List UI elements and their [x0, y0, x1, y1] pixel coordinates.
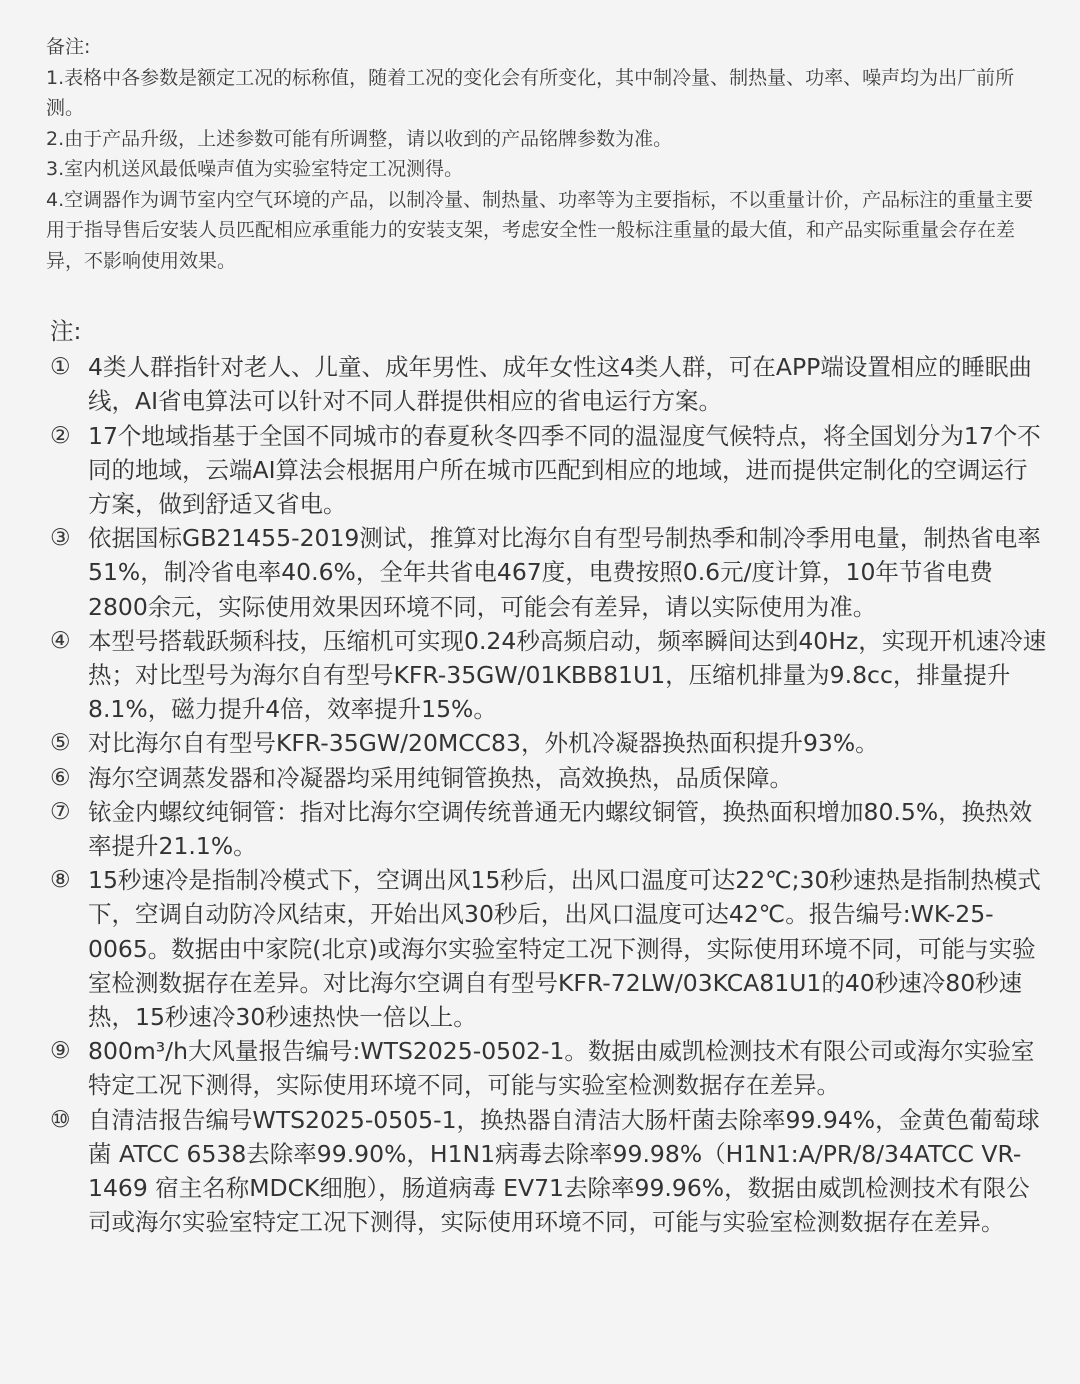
note-item-4: ④ 本型号搭载跃频科技，压缩机可实现0.24秒高频启动，频率瞬间达到40Hz，实…	[50, 624, 1050, 727]
notes-heading: 注:	[50, 314, 1050, 348]
circled-number-4-icon: ④	[50, 624, 88, 658]
note-item-9: ⑨ 800m³/h大风量报告编号:WTS2025-0502-1。数据由威凯检测技…	[50, 1034, 1050, 1102]
notes-section: 注: ① 4类人群指针对老人、儿童、成年男性、成年女性这4类人群，可在APP端设…	[50, 314, 1050, 1239]
remark-item-1: 1.表格中各参数是额定工况的标称值，随着工况的变化会有所变化，其中制冷量、制热量…	[46, 63, 1046, 124]
note-text-3: 依据国标GB21455-2019测试，推算对比海尔自有型号制热季和制冷季用电量，…	[88, 521, 1050, 624]
circled-number-10-icon: ⑩	[50, 1103, 88, 1137]
circled-number-2-icon: ②	[50, 419, 88, 453]
note-text-10: 自清洁报告编号WTS2025-0505-1，换热器自清洁大肠杆菌去除率99.94…	[88, 1103, 1050, 1240]
remark-item-2: 2.由于产品升级，上述参数可能有所调整，请以收到的产品铭牌参数为准。	[46, 124, 1046, 155]
note-text-2: 17个地域指基于全国不同城市的春夏秋冬四季不同的温湿度气候特点，将全国划分为17…	[88, 419, 1050, 522]
circled-number-1-icon: ①	[50, 350, 88, 384]
remarks-heading: 备注:	[46, 32, 1046, 63]
circled-number-6-icon: ⑥	[50, 761, 88, 795]
note-item-1: ① 4类人群指针对老人、儿童、成年男性、成年女性这4类人群，可在APP端设置相应…	[50, 350, 1050, 418]
note-text-8: 15秒速冷是指制冷模式下，空调出风15秒后，出风口温度可达22℃;30秒速热是指…	[88, 863, 1050, 1034]
remark-item-4: 4.空调器作为调节室内空气环境的产品，以制冷量、制热量、功率等为主要指标，不以重…	[46, 185, 1046, 277]
remark-item-3: 3.室内机送风最低噪声值为实验室特定工况测得。	[46, 154, 1046, 185]
circled-number-3-icon: ③	[50, 521, 88, 555]
note-item-6: ⑥ 海尔空调蒸发器和冷凝器均采用纯铜管换热，高效换热，品质保障。	[50, 761, 1050, 795]
note-text-5: 对比海尔自有型号KFR-35GW/20MCC83，外机冷凝器换热面积提升93%。	[88, 726, 1050, 760]
note-text-6: 海尔空调蒸发器和冷凝器均采用纯铜管换热，高效换热，品质保障。	[88, 761, 1050, 795]
circled-number-9-icon: ⑨	[50, 1034, 88, 1068]
remarks-section: 备注: 1.表格中各参数是额定工况的标称值，随着工况的变化会有所变化，其中制冷量…	[46, 32, 1046, 276]
note-item-10: ⑩ 自清洁报告编号WTS2025-0505-1，换热器自清洁大肠杆菌去除率99.…	[50, 1103, 1050, 1240]
note-item-2: ② 17个地域指基于全国不同城市的春夏秋冬四季不同的温湿度气候特点，将全国划分为…	[50, 419, 1050, 522]
note-text-9: 800m³/h大风量报告编号:WTS2025-0502-1。数据由威凯检测技术有…	[88, 1034, 1050, 1102]
note-item-3: ③ 依据国标GB21455-2019测试，推算对比海尔自有型号制热季和制冷季用电…	[50, 521, 1050, 624]
circled-number-7-icon: ⑦	[50, 795, 88, 829]
circled-number-8-icon: ⑧	[50, 863, 88, 897]
note-item-5: ⑤ 对比海尔自有型号KFR-35GW/20MCC83，外机冷凝器换热面积提升93…	[50, 726, 1050, 760]
note-text-4: 本型号搭载跃频科技，压缩机可实现0.24秒高频启动，频率瞬间达到40Hz，实现开…	[88, 624, 1050, 727]
note-item-8: ⑧ 15秒速冷是指制冷模式下，空调出风15秒后，出风口温度可达22℃;30秒速热…	[50, 863, 1050, 1034]
circled-number-5-icon: ⑤	[50, 726, 88, 760]
note-item-7: ⑦ 铱金内螺纹纯铜管：指对比海尔空调传统普通无内螺纹铜管，换热面积增加80.5%…	[50, 795, 1050, 863]
note-text-7: 铱金内螺纹纯铜管：指对比海尔空调传统普通无内螺纹铜管，换热面积增加80.5%，换…	[88, 795, 1050, 863]
note-text-1: 4类人群指针对老人、儿童、成年男性、成年女性这4类人群，可在APP端设置相应的睡…	[88, 350, 1050, 418]
